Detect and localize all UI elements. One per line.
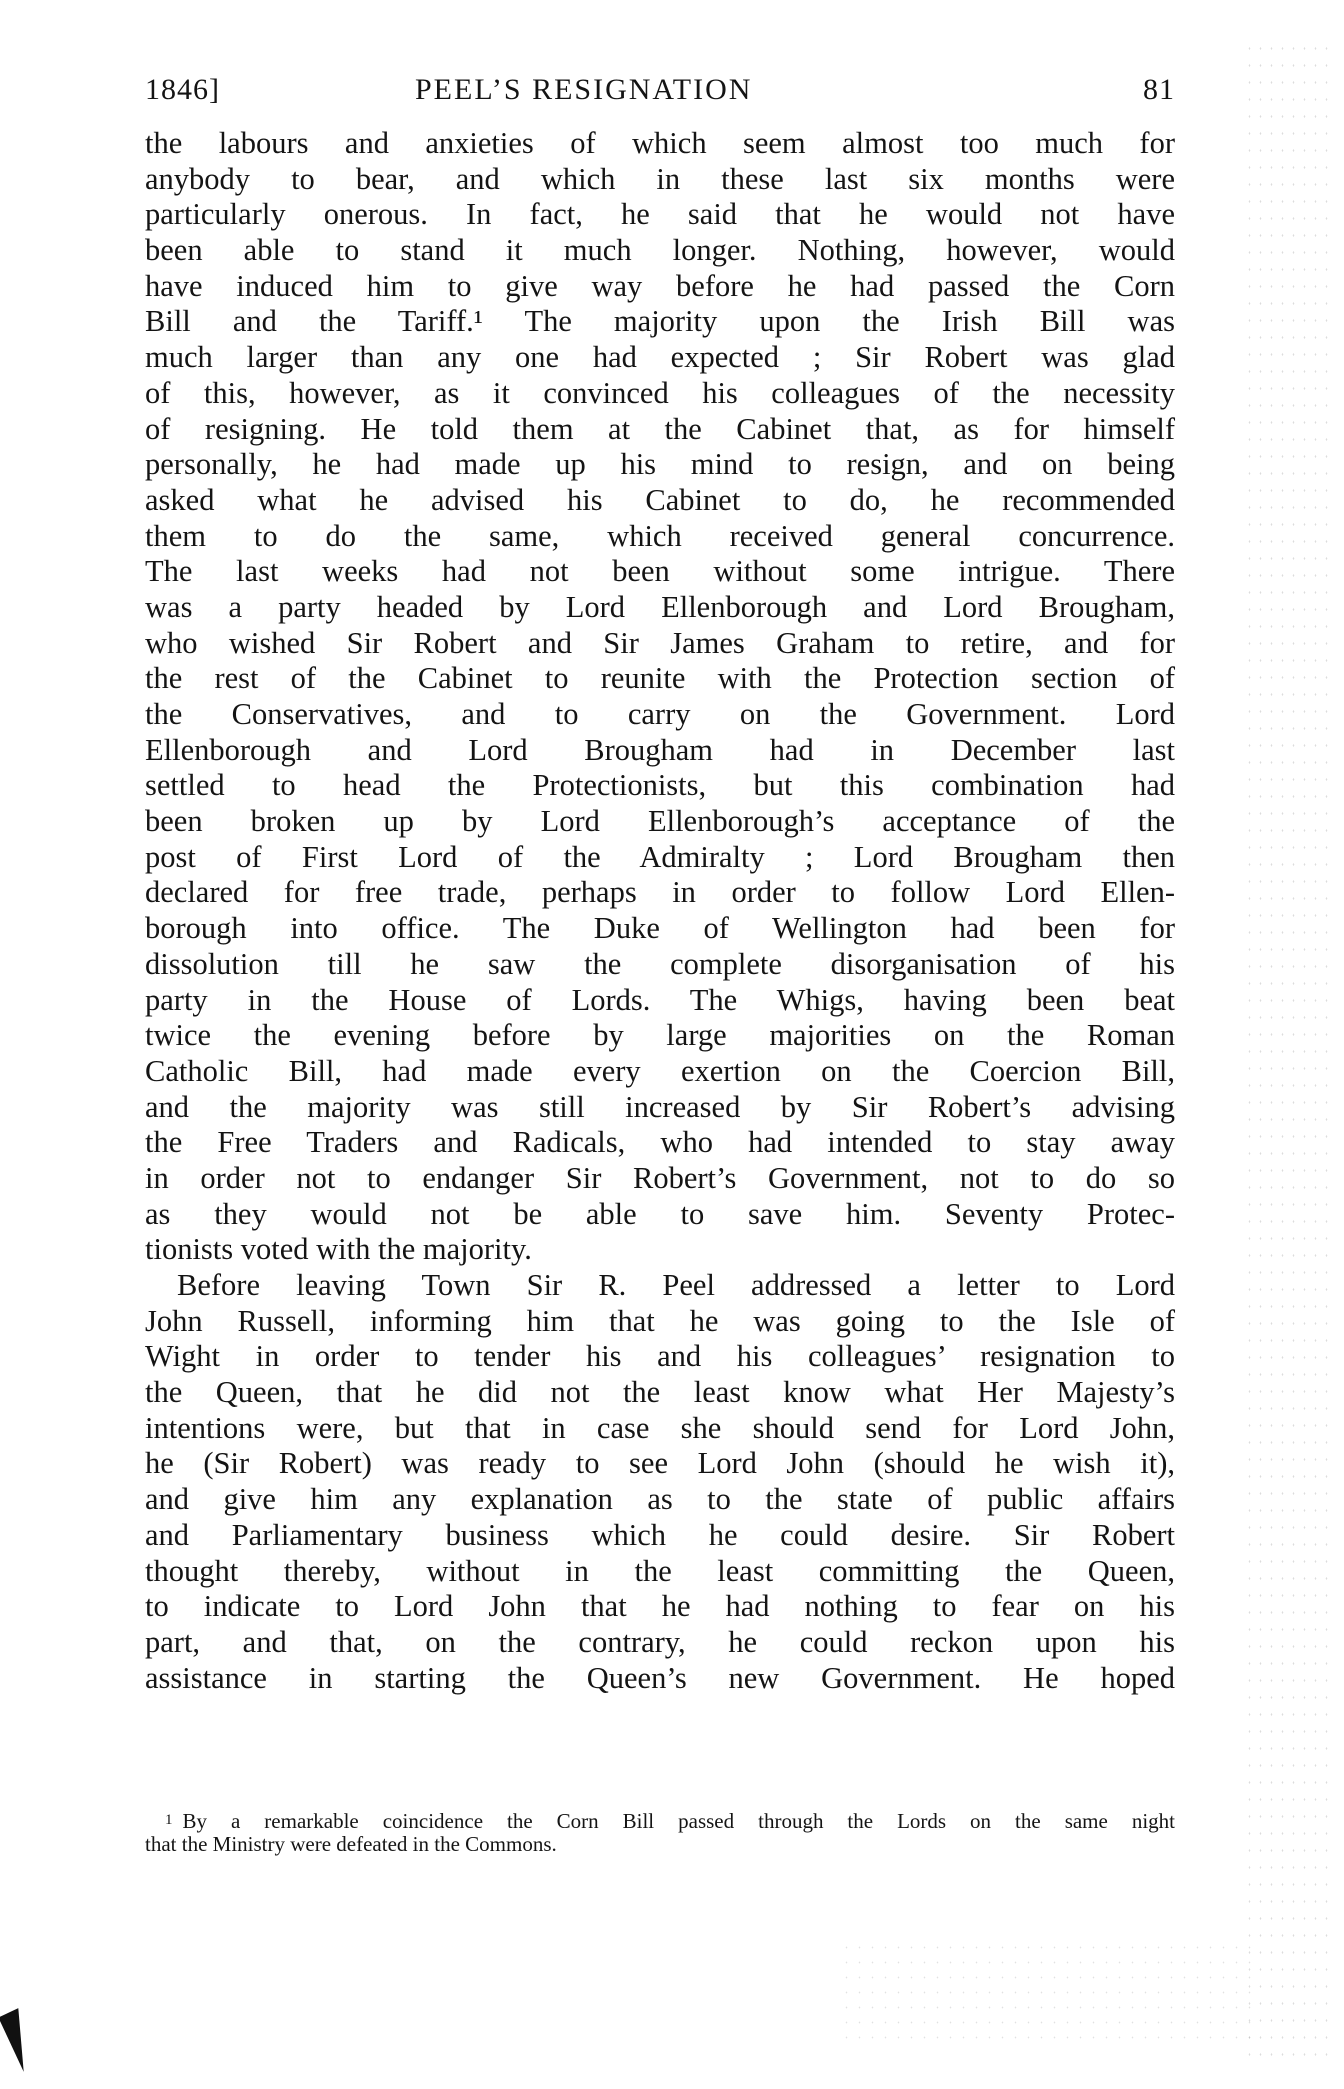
text-line: anybody to bear, and which in these last… <box>145 162 1175 198</box>
text-line: to indicate to Lord John that he had not… <box>145 1589 1175 1625</box>
text-line: them to do the same, which received gene… <box>145 519 1175 555</box>
text-line: Bill and the Tariff.¹ The majority upon … <box>145 304 1175 340</box>
text-line: Catholic Bill, had made every exertion o… <box>145 1054 1175 1090</box>
text-line: settled to head the Protectionists, but … <box>145 768 1175 804</box>
scan-noise-margin <box>1244 40 1334 2060</box>
text-line: the Conservatives, and to carry on the G… <box>145 697 1175 733</box>
text-line: twice the evening before by large majori… <box>145 1018 1175 1054</box>
text-line: who wished Sir Robert and Sir James Grah… <box>145 626 1175 662</box>
text-line: and the majority was still increased by … <box>145 1090 1175 1126</box>
text-line: thought thereby, without in the least co… <box>145 1554 1175 1590</box>
text-line: dissolution till he saw the complete dis… <box>145 947 1175 983</box>
header-year: 1846] <box>145 70 220 110</box>
page-number: 81 <box>1143 70 1175 110</box>
scan-noise-bottom <box>840 1940 1260 2050</box>
text-line: in order not to endanger Sir Robert’s Go… <box>145 1161 1175 1197</box>
text-line: Ellenborough and Lord Brougham had in De… <box>145 733 1175 769</box>
text-line: borough into office. The Duke of Welling… <box>145 911 1175 947</box>
footnote: 1By a remarkable coincidence the Corn Bi… <box>145 1808 1175 1856</box>
footnote-marker: 1 <box>165 1812 173 1828</box>
text-line: intentions were, but that in case she sh… <box>145 1411 1175 1447</box>
text-line: the rest of the Cabinet to reunite with … <box>145 661 1175 697</box>
text-line: post of First Lord of the Admiralty ; Lo… <box>145 840 1175 876</box>
text-line: John Russell, informing him that he was … <box>145 1304 1175 1340</box>
paragraph-start-line: Before leaving Town Sir R. Peel addresse… <box>145 1268 1175 1304</box>
chapter-title: PEEL’S RESIGNATION <box>415 70 752 110</box>
footnote-line: 1By a remarkable coincidence the Corn Bi… <box>145 1808 1175 1832</box>
text-line: The last weeks had not been without some… <box>145 554 1175 590</box>
running-head: 1846] PEEL’S RESIGNATION 81 <box>145 70 1175 110</box>
book-page: 1846] PEEL’S RESIGNATION 81 the labours … <box>0 0 1344 2089</box>
text-line: of resigning. He told them at the Cabine… <box>145 412 1175 448</box>
text-line: been able to stand it much longer. Nothi… <box>145 233 1175 269</box>
text-line: of this, however, as it convinced his co… <box>145 376 1175 412</box>
text-line: personally, he had made up his mind to r… <box>145 447 1175 483</box>
footnote-line: that the Ministry were defeated in the C… <box>145 1832 1175 1856</box>
text-line: party in the House of Lords. The Whigs, … <box>145 983 1175 1019</box>
text-line: part, and that, on the contrary, he coul… <box>145 1625 1175 1661</box>
text-line: asked what he advised his Cabinet to do,… <box>145 483 1175 519</box>
text-line: he (Sir Robert) was ready to see Lord Jo… <box>145 1446 1175 1482</box>
text-line: and Parliamentary business which he coul… <box>145 1518 1175 1554</box>
text-line: been broken up by Lord Ellenborough’s ac… <box>145 804 1175 840</box>
text-line: particularly onerous. In fact, he said t… <box>145 197 1175 233</box>
body-text: the labours and anxieties of which seem … <box>145 126 1175 1696</box>
paragraph-end-line: tionists voted with the majority. <box>145 1232 1175 1268</box>
scan-corner-mark <box>0 2008 44 2072</box>
footnote-text: By a remarkable coincidence the Corn Bil… <box>183 1809 1176 1833</box>
text-line: the Queen, that he did not the least kno… <box>145 1375 1175 1411</box>
text-line: have induced him to give way before he h… <box>145 269 1175 305</box>
text-line: much larger than any one had expected ; … <box>145 340 1175 376</box>
text-line: assistance in starting the Queen’s new G… <box>145 1661 1175 1697</box>
text-line: was a party headed by Lord Ellenborough … <box>145 590 1175 626</box>
text-line: the labours and anxieties of which seem … <box>145 126 1175 162</box>
text-line: as they would not be able to save him. S… <box>145 1197 1175 1233</box>
text-line: Wight in order to tender his and his col… <box>145 1339 1175 1375</box>
text-line: declared for free trade, perhaps in orde… <box>145 875 1175 911</box>
text-line: and give him any explanation as to the s… <box>145 1482 1175 1518</box>
text-line: the Free Traders and Radicals, who had i… <box>145 1125 1175 1161</box>
